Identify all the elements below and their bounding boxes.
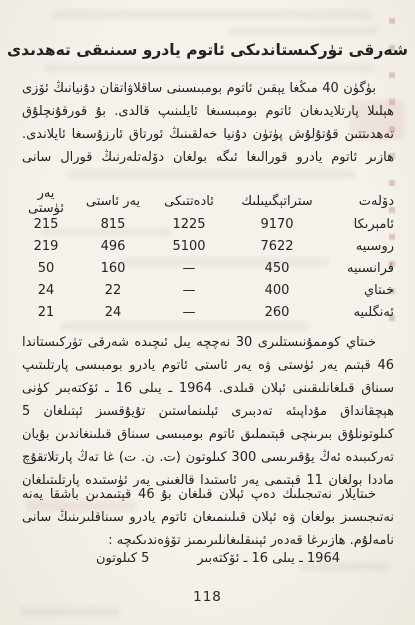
- table-cell: —: [152, 283, 226, 298]
- table-cell: 22: [74, 283, 152, 298]
- table-cell: 50: [18, 261, 74, 276]
- table-row: خىتاي 400 — 22 24: [18, 279, 398, 301]
- page-number: 118: [0, 589, 415, 605]
- table-cell: 21: [18, 305, 74, 320]
- first-test-yield: 5 كىلوتون: [96, 551, 149, 566]
- table-cell: 24: [18, 283, 74, 298]
- table-cell: 160: [74, 261, 152, 276]
- table-cell: 219: [18, 239, 74, 254]
- table-cell: 24: [74, 305, 152, 320]
- table-row: ئامېرىكا 9170 1225 815 215: [18, 213, 398, 235]
- bleed-through-smudge: [60, 322, 310, 330]
- first-test-date: 1964 ـ يىلى 16 ـ ئۆكتەبىر: [197, 551, 340, 566]
- table-cell: 815: [74, 217, 152, 232]
- table-header-cell: دۆلەت: [328, 194, 398, 209]
- country-cell: فرانسىيە: [328, 261, 398, 276]
- table-cell: 496: [74, 239, 152, 254]
- table-cell: 7622: [226, 239, 328, 254]
- table-cell: 1225: [152, 217, 226, 232]
- bleed-through-smudge: [20, 607, 120, 616]
- country-cell: خىتاي: [328, 283, 398, 298]
- unreported-tests-paragraph: خىتايلار نەتىجىلىك دەپ ئېلان قىلغان بۇ 4…: [22, 483, 394, 553]
- table-cell: 260: [226, 305, 328, 320]
- page-title: شەرقى تۈركىستاندىكى ئاتوم يادرو سىنىقى ت…: [0, 41, 415, 59]
- bleed-through-smudge: [52, 10, 372, 19]
- table-header-cell: يەر ئۈستى: [18, 186, 74, 216]
- table-cell: 215: [18, 217, 74, 232]
- table-cell: 5100: [152, 239, 226, 254]
- table-row: فرانسىيە 450 — 160 50: [18, 257, 398, 279]
- table-header-row: دۆلەت ستراتېگىيىلىك ئادەتتىكى يەر ئاستى …: [18, 186, 398, 208]
- country-cell: ئامېرىكا: [328, 217, 398, 232]
- country-cell: ئەنگلىيە: [328, 305, 398, 320]
- table-header-cell: ئادەتتىكى: [152, 194, 226, 209]
- table-row: ئەنگلىيە 260 — 24 21: [18, 301, 398, 323]
- test-history-paragraph: خىتاي كوممۇنىستلىرى 30 نەچچە يىل ئىچىدە …: [22, 331, 394, 493]
- nuclear-arsenal-table: دۆلەت ستراتېگىيىلىك ئادەتتىكى يەر ئاستى …: [18, 186, 398, 323]
- first-test-entry: 1964 ـ يىلى 16 ـ ئۆكتەبىر 5 كىلوتون: [96, 551, 340, 566]
- table-cell: —: [152, 261, 226, 276]
- country-cell: روسىيە: [328, 239, 398, 254]
- table-cell: —: [152, 305, 226, 320]
- scanned-book-page: شەرقى تۈركىستاندىكى ئاتوم يادرو سىنىقى ت…: [0, 0, 415, 625]
- table-row: روسىيە 7622 5100 496 219: [18, 235, 398, 257]
- intro-paragraph: بۈگۈن 40 مىڭغا يېقىن ئاتوم بومبىسىنى ساق…: [22, 77, 394, 173]
- table-header-cell: ستراتېگىيىلىك: [226, 194, 328, 209]
- table-cell: 400: [226, 283, 328, 298]
- bleed-through-smudge: [44, 64, 374, 72]
- table-header-cell: يەر ئاستى: [74, 194, 152, 209]
- table-cell: 9170: [226, 217, 328, 232]
- table-cell: 450: [226, 261, 328, 276]
- bleed-through-smudge: [228, 27, 378, 35]
